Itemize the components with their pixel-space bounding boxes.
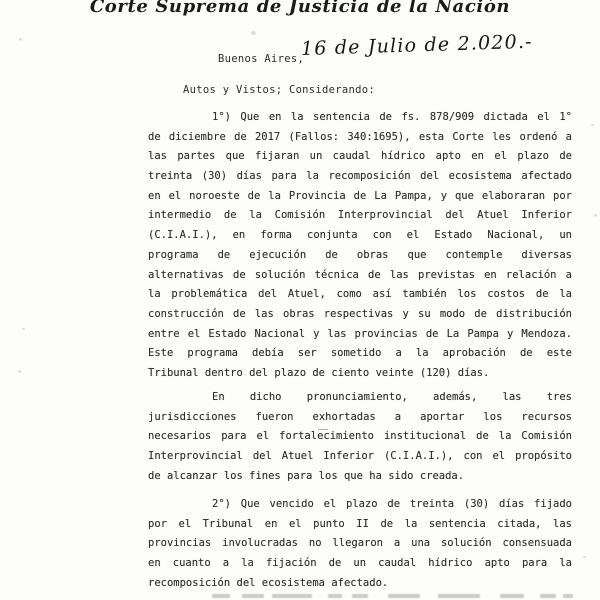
paragraph: En dicho pronunciamiento, además, las tr… [148,388,572,486]
scan-underline-artifact [318,429,328,430]
clipped-word-mark [242,594,264,598]
scan-speckle [251,31,256,35]
text-line: por el Tribunal en el punto II de la sen… [148,515,572,535]
text-line: necesarios para el fortalecimiento insti… [148,427,572,447]
scan-speckle [18,370,21,373]
text-line: las partes que fijaran un caudal hídrico… [148,147,572,167]
scan-speckle [19,38,22,41]
text-line: de alcanzar los fines para los que ha si… [148,467,572,487]
clipped-word-mark [352,594,368,598]
text-line: de diciembre de 2017 (Fallos: 340:1695),… [148,128,572,148]
text-line: Este programa debía ser sometido a la ap… [148,344,572,364]
clipped-word-mark [328,594,342,598]
scan-speckle [594,214,597,217]
text-line: jurisdicciones fueron exhortadas a aport… [148,408,572,428]
handwritten-date: 16 de Julio de 2.020.- [301,31,533,60]
text-line: programa de ejecución de obras que conte… [148,246,572,266]
paragraph: 1°) Que en la sentencia de fs. 878/909 d… [148,108,572,384]
text-line: en el noroeste de la Provincia de La Pam… [148,187,572,207]
clipped-word-mark [563,594,573,598]
court-letterhead: Corte Suprema de Justicia de la Nación [0,0,600,17]
clipped-text-line [148,594,572,600]
scan-speckle [583,556,586,558]
text-line: recomposición del ecosistema afectado. [148,574,572,594]
text-line: en cuanto a la fijación de un caudal híd… [148,554,572,574]
text-line: 2°) Que vencido el plazo de treinta (30)… [148,495,572,515]
text-line: intermedio de la Comisión Interprovincia… [148,206,572,226]
city-label: Buenos Aires, [218,53,304,65]
text-line: alternativas de solución técnica de las … [148,266,572,286]
scan-speckle [22,328,25,330]
text-line: (C.I.A.I.), en forma conjunta con el Est… [148,226,572,246]
clipped-word-mark [212,594,230,598]
clipped-word-mark [540,594,556,598]
clipped-word-mark [388,594,420,598]
clipped-word-mark [438,594,480,598]
text-line: entre el Estado Nacional y las provincia… [148,325,572,345]
clipped-word-mark [272,594,312,598]
scanned-judgment-page: Corte Suprema de Justicia de la Nación B… [0,0,600,600]
text-line: provincias involucradas no llegaron a un… [148,534,572,554]
clipped-word-mark [500,594,524,598]
text-line: construcción de las obras respectivas y … [148,305,572,325]
text-line: la problemática del Atuel, como así tamb… [148,285,572,305]
text-line: Tribunal dentro del plazo de ciento vein… [148,364,572,384]
text-line: 1°) Que en la sentencia de fs. 878/909 d… [148,108,572,128]
text-line: treinta (30) días para la recomposición … [148,167,572,187]
opening-formula: Autos y Vistos; Considerando: [183,84,375,96]
paragraph: 2°) Que vencido el plazo de treinta (30)… [148,495,572,593]
text-line: En dicho pronunciamiento, además, las tr… [148,388,572,408]
text-line: Interprovincial del Atuel Inferior (C.I.… [148,447,572,467]
scan-speckle [591,124,594,126]
